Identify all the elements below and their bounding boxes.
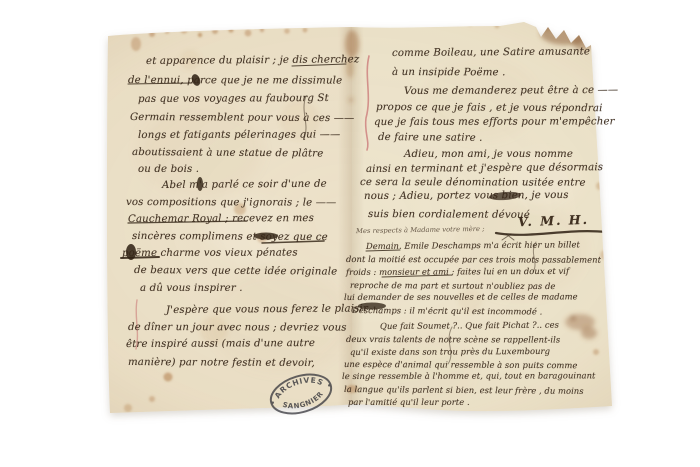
manuscript-line: dont la moitié est occupée par ces trois… [346,254,601,265]
manuscript-line: Demain. Emile Deschamps m'a écrit hier u… [366,239,580,251]
manuscript-line: une espèce d'animal qui ressemble à son … [344,359,577,370]
manuscript-line: qu'il existe dans son trou près du Luxem… [350,346,550,357]
manuscript-line: propos ce que je fais , et je vous répon… [376,102,603,114]
manuscript-line: ou de bois . [138,164,199,175]
manuscript-line: Que fait Soumet ?.. Que fait Pichat ?.. … [380,320,559,331]
manuscript-line: de dîner un jour avec nous ; devriez vou… [128,322,347,334]
manuscript-line: longs et fatigants pélerinages qui —— [138,129,340,141]
manuscript-line: de l'ennui, parce que je ne me dissimule [128,75,342,87]
manuscript-line: de beaux vers que cette idée originale [134,265,337,278]
manuscript-line: reproche de ma part et surtout n'oubliez… [350,280,555,291]
manuscript-line: Vous me demanderez peut être à ce —— [404,85,618,97]
manuscript-line: à un insipide Poëme . [392,67,505,78]
manuscript-line: froids : monsieur et ami ; faites lui en… [346,266,569,277]
manuscript-line: Adieu, mon ami, je vous nomme [404,149,573,160]
letter-photo: et apparence du plaisir ; je dis cherche… [0,0,700,467]
manuscript-line: poëme charme vos vieux pénates [122,248,298,259]
manuscript-line: a dû vous inspirer . [140,283,243,294]
manuscript-line: deux vrais talents de notre scène se rap… [346,334,560,345]
manuscript-line: Deschamps : il m'écrit qu'il est incommo… [352,305,542,316]
manuscript-line: vos compositions que j'ignorais ; le —— [126,197,336,209]
manuscript-line: suis bien cordialement dévoué [368,209,530,221]
manuscript-line: le singe ressemble à l'homme et, qui, to… [342,370,595,381]
manuscript-line: J'espère que vous nous ferez le plaisir [166,303,368,316]
manuscript-line: lui demander de ses nouvelles et de cell… [344,291,578,302]
manuscript-line: comme Boileau, une Satire amusante [392,46,590,59]
manuscript-line: aboutissaient à une statue de plâtre [132,147,323,160]
manuscript-line: de faire une satire . [378,132,483,144]
manuscript-line: pas que vos voyages au faubourg St [138,93,329,105]
manuscript-line: la langue qu'ils parlent si bien, est le… [344,384,584,396]
manuscript-line: être inspiré aussi (mais d'une autre [126,338,315,350]
manuscript-line: Germain ressemblent pour vous à ces —— [130,112,354,124]
signature: V. M. H. [518,212,589,229]
manuscript-line: que je fais tous mes efforts pour m'empê… [374,116,615,128]
manuscript-line: par l'amitié qu'il leur porte . [348,397,470,407]
manuscript-line: sincères complimens et soyez que ce [132,231,328,243]
manuscript-line: ainsi en terminant et j'espère que désor… [366,162,603,175]
manuscript-line: Cauchemar Royal ; recevez en mes [128,213,314,225]
manuscript-line: manière) par notre festin et devoir, [128,357,315,369]
manuscript-line: nous ; Adieu, portez vous bien, je vous [364,190,569,202]
manuscript-line: et apparence du plaisir ; je dis cherche… [146,54,359,67]
manuscript-line: ce sera la seule dénomination usitée ent… [360,177,586,189]
manuscript-line: Abel m'a parlé ce soir d'une de [162,179,327,191]
